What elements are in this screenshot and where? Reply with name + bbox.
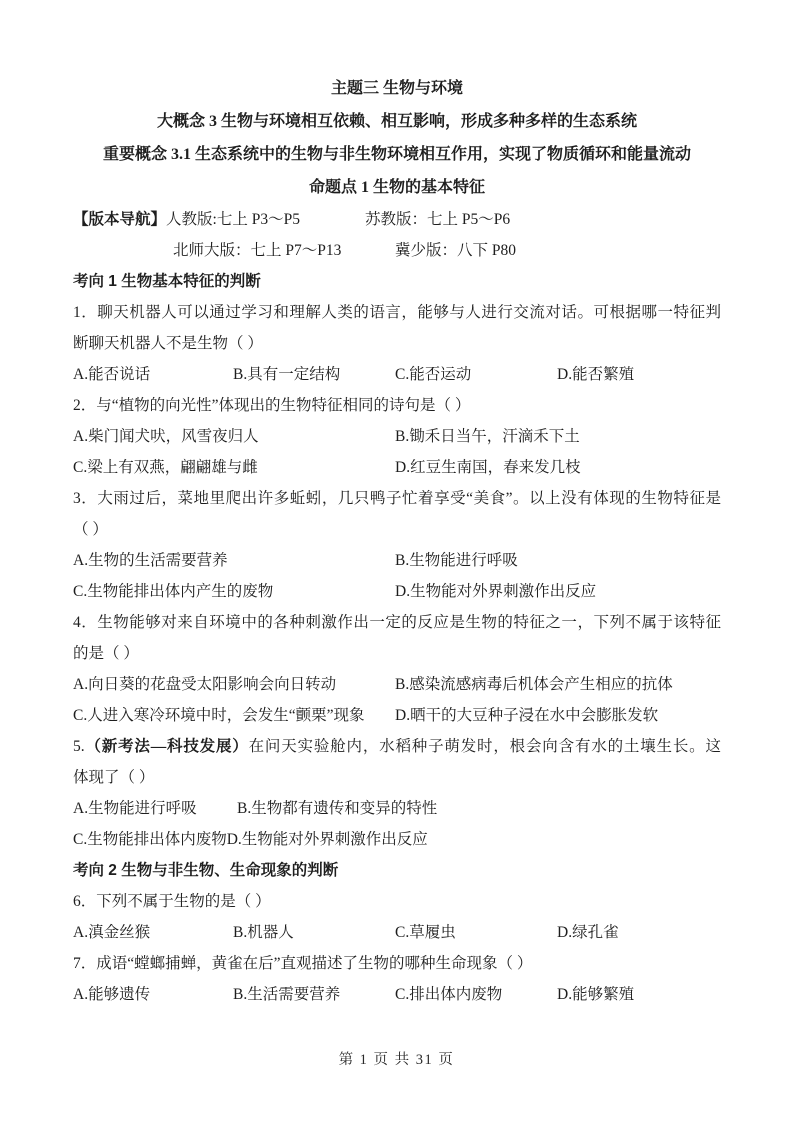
version-nav-renjiao: 人教版:七上 P3～P5 bbox=[166, 211, 300, 228]
question-7-stem-line-1: 7．成语“螳螂捕蝉，黄雀在后”直观描述了生物的哪种生命现象（ ） bbox=[73, 948, 721, 979]
question-3: 3．大雨过后，菜地里爬出许多蚯蚓，几只鸭子忙着享受“美食”。以上没有体现的生物特… bbox=[73, 483, 721, 607]
question-5-stem-line-2: 体现了（ ） bbox=[73, 762, 721, 793]
version-nav-line-2: 北师大版：七上 P7～P13 冀少版：八下 P80 bbox=[73, 235, 721, 266]
document-content: 主题三 生物与环境 大概念 3 生物与环境相互依赖、相互影响，形成多种多样的生态… bbox=[73, 72, 721, 1010]
question-2-option-a: A.柴门闻犬吠，风雪夜归人 bbox=[73, 421, 395, 452]
question-7-options: A.能够遗传 B.生活需要营养 C.排出体内废物 D.能够繁殖 bbox=[73, 979, 721, 1010]
question-2-option-c: C.梁上有双燕，翩翩雄与雌 bbox=[73, 452, 395, 483]
question-6-options: A.滇金丝猴 B.机器人 C.草履虫 D.绿孔雀 bbox=[73, 917, 721, 948]
question-3-option-d: D.生物能对外界刺激作出反应 bbox=[395, 576, 721, 607]
question-1-option-a: A.能否说话 bbox=[73, 359, 233, 390]
heading-big-concept: 大概念 3 生物与环境相互依赖、相互影响，形成多种多样的生态系统 bbox=[73, 105, 721, 138]
question-7-option-a: A.能够遗传 bbox=[73, 979, 233, 1010]
question-5-number: 5. bbox=[73, 738, 85, 755]
question-4-option-d: D.晒干的大豆种子浸在水中会膨胀发软 bbox=[395, 700, 721, 731]
question-5-options-row-1: A.生物能进行呼吸 B.生物都有遗传和变异的特性 bbox=[73, 793, 721, 824]
section-1-title: 考向 1 生物基本特征的判断 bbox=[73, 266, 721, 297]
question-1-option-b: B.具有一定结构 bbox=[233, 359, 395, 390]
question-7-option-d: D.能够繁殖 bbox=[557, 979, 721, 1010]
page-number-footer: 第 1 页 共 31 页 bbox=[0, 1048, 793, 1069]
question-7-option-b: B.生活需要营养 bbox=[233, 979, 395, 1010]
question-5-tag: （新考法—科技发展） bbox=[85, 738, 249, 755]
question-5-option-b: B.生物都有遗传和变异的特性 bbox=[237, 793, 721, 824]
question-4: 4．生物能够对来自环境中的各种刺激作出一定的反应是生物的特征之一，下列不属于该特… bbox=[73, 607, 721, 731]
question-5-option-d: D.生物能对外界刺激作出反应 bbox=[227, 831, 428, 848]
question-2-options-row-2: C.梁上有双燕，翩翩雄与雌 D.红豆生南国，春来发几枝 bbox=[73, 452, 721, 483]
doc-title: 主题三 生物与环境 bbox=[73, 72, 721, 105]
question-2-stem-line-1: 2．与“植物的向光性”体现出的生物特征相同的诗句是（ ） bbox=[73, 390, 721, 421]
question-2-option-d: D.红豆生南国，春来发几枝 bbox=[395, 452, 721, 483]
question-1-option-c: C.能否运动 bbox=[395, 359, 557, 390]
question-6-option-d: D.绿孔雀 bbox=[557, 917, 721, 948]
document-page: 主题三 生物与环境 大概念 3 生物与环境相互依赖、相互影响，形成多种多样的生态… bbox=[0, 0, 793, 1122]
question-3-option-a: A.生物的生活需要营养 bbox=[73, 545, 395, 576]
question-1-stem-line-1: 1．聊天机器人可以通过学习和理解人类的语言，能够与人进行交流对话。可根据哪一特征… bbox=[73, 297, 721, 328]
question-5: 5.（新考法—科技发展）在问天实验舱内，水稻种子萌发时，根会向含有水的土壤生长。… bbox=[73, 731, 721, 855]
heading-topic: 命题点 1 生物的基本特征 bbox=[73, 171, 721, 204]
question-7: 7．成语“螳螂捕蝉，黄雀在后”直观描述了生物的哪种生命现象（ ） A.能够遗传 … bbox=[73, 948, 721, 1010]
question-3-option-c: C.生物能排出体内产生的废物 bbox=[73, 576, 395, 607]
question-4-option-a: A.向日葵的花盘受太阳影响会向日转动 bbox=[73, 669, 395, 700]
version-nav-sujiao: 苏教版：七上 P5～P6 bbox=[365, 204, 510, 235]
question-2-options-row-1: A.柴门闻犬吠，风雪夜归人 B.锄禾日当午，汗滴禾下土 bbox=[73, 421, 721, 452]
question-5-stem-line-1: 5.（新考法—科技发展）在问天实验舱内，水稻种子萌发时，根会向含有水的土壤生长。… bbox=[73, 731, 721, 762]
question-5-options-row-2: C.生物能排出体内废物D.生物能对外界刺激作出反应 bbox=[73, 824, 721, 855]
question-1-options: A.能否说话 B.具有一定结构 C.能否运动 D.能否繁殖 bbox=[73, 359, 721, 390]
question-4-options-row-1: A.向日葵的花盘受太阳影响会向日转动 B.感染流感病毒后机体会产生相应的抗体 bbox=[73, 669, 721, 700]
version-nav-beishida: 北师大版：七上 P7～P13 bbox=[173, 242, 341, 259]
question-5-option-c: C.生物能排出体内废物 bbox=[73, 831, 227, 848]
question-1: 1．聊天机器人可以通过学习和理解人类的语言，能够与人进行交流对话。可根据哪一特征… bbox=[73, 297, 721, 390]
question-6-stem-line-1: 6．下列不属于生物的是（ ） bbox=[73, 886, 721, 917]
question-6: 6．下列不属于生物的是（ ） A.滇金丝猴 B.机器人 C.草履虫 D.绿孔雀 bbox=[73, 886, 721, 948]
question-3-options-row-1: A.生物的生活需要营养 B.生物能进行呼吸 bbox=[73, 545, 721, 576]
question-2: 2．与“植物的向光性”体现出的生物特征相同的诗句是（ ） A.柴门闻犬吠，风雪夜… bbox=[73, 390, 721, 483]
question-2-option-b: B.锄禾日当午，汗滴禾下土 bbox=[395, 421, 721, 452]
version-nav-line-1: 【版本导航】人教版:七上 P3～P5 苏教版：七上 P5～P6 bbox=[73, 204, 721, 235]
question-4-stem-line-1: 4．生物能够对来自环境中的各种刺激作出一定的反应是生物的特征之一，下列不属于该特… bbox=[73, 607, 721, 638]
question-6-option-c: C.草履虫 bbox=[395, 917, 557, 948]
version-nav-label: 【版本导航】 bbox=[73, 211, 166, 228]
question-3-option-b: B.生物能进行呼吸 bbox=[395, 545, 721, 576]
question-6-option-a: A.滇金丝猴 bbox=[73, 917, 233, 948]
question-4-option-b: B.感染流感病毒后机体会产生相应的抗体 bbox=[395, 669, 721, 700]
section-2-title: 考向 2 生物与非生物、生命现象的判断 bbox=[73, 855, 721, 886]
question-4-options-row-2: C.人进入寒冷环境中时，会发生“颤栗”现象 D.晒干的大豆种子浸在水中会膨胀发软 bbox=[73, 700, 721, 731]
question-3-stem-line-1: 3．大雨过后，菜地里爬出许多蚯蚓，几只鸭子忙着享受“美食”。以上没有体现的生物特… bbox=[73, 483, 721, 514]
question-6-option-b: B.机器人 bbox=[233, 917, 395, 948]
heading-important-concept: 重要概念 3.1 生态系统中的生物与非生物环境相互作用，实现了物质循环和能量流动 bbox=[73, 138, 721, 171]
question-7-option-c: C.排出体内废物 bbox=[395, 979, 557, 1010]
question-3-stem-line-2: （ ） bbox=[73, 514, 721, 545]
question-1-option-d: D.能否繁殖 bbox=[557, 359, 721, 390]
question-4-stem-line-2: 的是（ ） bbox=[73, 638, 721, 669]
question-4-option-c: C.人进入寒冷环境中时，会发生“颤栗”现象 bbox=[73, 700, 395, 731]
question-5-option-a: A.生物能进行呼吸 bbox=[73, 793, 237, 824]
question-3-options-row-2: C.生物能排出体内产生的废物 D.生物能对外界刺激作出反应 bbox=[73, 576, 721, 607]
question-5-stem-text: 在问天实验舱内，水稻种子萌发时，根会向含有水的土壤生长。这 bbox=[249, 738, 721, 755]
question-1-stem-line-2: 断聊天机器人不是生物（ ） bbox=[73, 328, 721, 359]
version-nav-jishao: 冀少版：八下 P80 bbox=[395, 235, 516, 266]
